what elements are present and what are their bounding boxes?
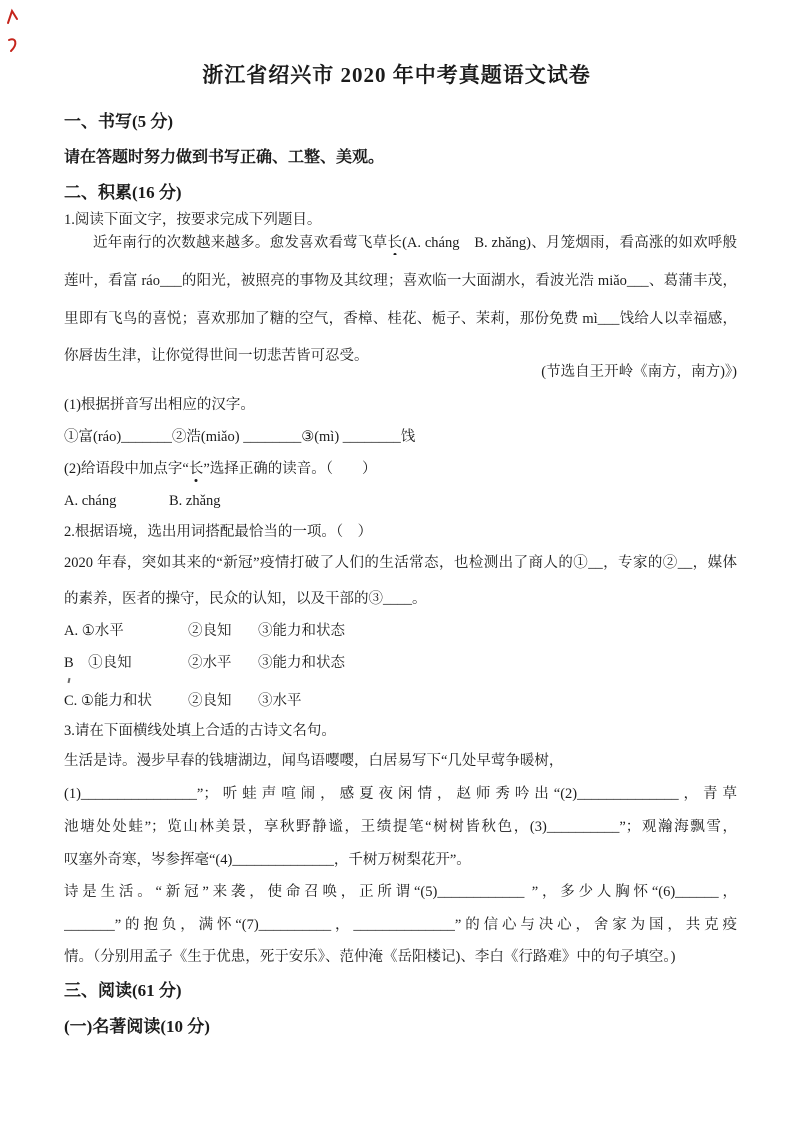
writing-note: 请在答题时努力做到书写正确、工整、美观。 <box>64 146 737 169</box>
q1-sub-question-1: (1)根据拼音写出相应的汉字。 <box>64 395 737 416</box>
q1-pinyin-blanks: ①富(ráo)_______②浩(miǎo) ________③(mì) ___… <box>64 427 737 448</box>
q1-paragraph-line-2: 莲叶，看富 ráo___的阳光，被照亮的事物及其纹理；喜欢临一大面湖水，看波光浩… <box>64 271 737 293</box>
stray-scan-mark <box>68 678 71 683</box>
q2-paragraph-line-2: 的素养，医者的操守，民众的认知，以及干部的③____。 <box>64 589 737 610</box>
section-heading-accumulation: 二、积累(16 分) <box>64 181 737 206</box>
q3-line-3: 池塘处处蛙”；览山林美景，享秋野静谧，王绩提笔“树树皆秋色，(3)_______… <box>64 817 737 839</box>
q1-para-l1-pre: 近年南行的次数越来越多。愈发喜欢看莺飞草 <box>93 235 387 251</box>
q3-line-2: (1)________________”；听蛙声喧闹，感夏夜闲情，赵师秀吟出“(… <box>64 784 737 806</box>
q2-option-row-c: C. ①能力和状②良知③水平 <box>64 691 737 712</box>
q3-line-7: 情。（分别用孟子《生于优患，死于安乐》、范仲淹《岳阳楼记)、李白《行路难》中的句… <box>64 947 737 968</box>
q1-para-l1-dotted-char: 长 <box>387 235 402 251</box>
q2-option-row-b: B ①良知②水平③能力和状态 <box>64 653 737 674</box>
section-heading-reading: 三、阅读(61 分) <box>64 979 737 1004</box>
q1-sub2-pre: (2)给语段中加点字“ <box>64 461 189 477</box>
q2-option-row-a: A. ①水平②良知③能力和状态 <box>64 621 737 642</box>
q3-line-5: 诗是生活。“新冠”来袭，使命召唤，正所谓“(5)____________ ”，多… <box>64 882 737 904</box>
exam-paper-page: 浙江省绍兴市 2020 年中考真题语文试卷 一、书写(5 分) 请在答题时努力做… <box>0 0 793 1122</box>
q2-option-c-col3: ③水平 <box>258 693 302 709</box>
q2-stem: 2.根据语境，选出用词搭配最恰当的一项。（ ） <box>64 522 737 543</box>
doc-title: 浙江省绍兴市 2020 年中考真题语文试卷 <box>0 60 793 90</box>
q1-paragraph-line-3: 里即有飞鸟的喜悦；喜欢那加了糖的空气，香樟、桂花、栀子、茉莉，那份免费 mì__… <box>64 309 737 331</box>
red-pen-mark-1 <box>6 8 20 26</box>
q2-paragraph-line-1: 2020 年春，突如其来的“新冠”疫情打破了人们的生活常态，也检测出了商人的①_… <box>64 553 737 575</box>
q3-line-1: 生活是诗。漫步早春的钱塘湖边，闻鸟语嘤嘤，白居易写下“几处早莺争暖树， <box>64 751 737 772</box>
q2-option-a-label: A. ①水平 <box>64 621 188 642</box>
q2-option-a-col3: ③能力和状态 <box>258 623 345 639</box>
section-heading-writing: 一、书写(5 分) <box>64 110 737 135</box>
q3-line-4: 叹塞外奇寒，岑参挥毫“(4)______________，千树万树梨花开”。 <box>64 850 737 871</box>
q1-paragraph-line-1: 近年南行的次数越来越多。愈发喜欢看莺飞草长(A. cháng B. zhǎng)… <box>64 233 737 255</box>
subsection-heading-famous-works: (一)名著阅读(10 分) <box>64 1015 737 1040</box>
q2-option-c-col2: ②良知 <box>188 691 258 712</box>
q1-option-a: A. cháng <box>64 491 169 512</box>
q2-option-c-label: C. ①能力和状 <box>64 691 188 712</box>
q1-option-b: B. zhǎng <box>169 493 221 509</box>
q3-stem: 3.请在下面横线处填上合适的古诗文名句。 <box>64 721 737 742</box>
q2-option-a-col2: ②良知 <box>188 621 258 642</box>
red-pen-mark-2 <box>6 36 20 54</box>
q1-pinyin-options: A. chángB. zhǎng <box>64 491 737 512</box>
q1-stem: 1.阅读下面文字，按要求完成下列题目。 <box>64 210 737 231</box>
q1-sub2-post: ”选择正确的读音。（ ） <box>203 461 376 477</box>
q2-option-b-col3: ③能力和状态 <box>258 655 345 671</box>
q3-line-6: _______”的抱负，满怀“(7)__________，___________… <box>64 915 737 937</box>
q2-option-b-label: B ①良知 <box>64 653 188 674</box>
q2-option-b-col2: ②水平 <box>188 653 258 674</box>
q1-sub-question-2: (2)给语段中加点字“长”选择正确的读音。（ ） <box>64 459 737 480</box>
q1-sub2-dotted-char: 长 <box>189 461 204 477</box>
q1-source-attribution: (节选自王开岭《南方，南方)》) <box>64 362 737 383</box>
